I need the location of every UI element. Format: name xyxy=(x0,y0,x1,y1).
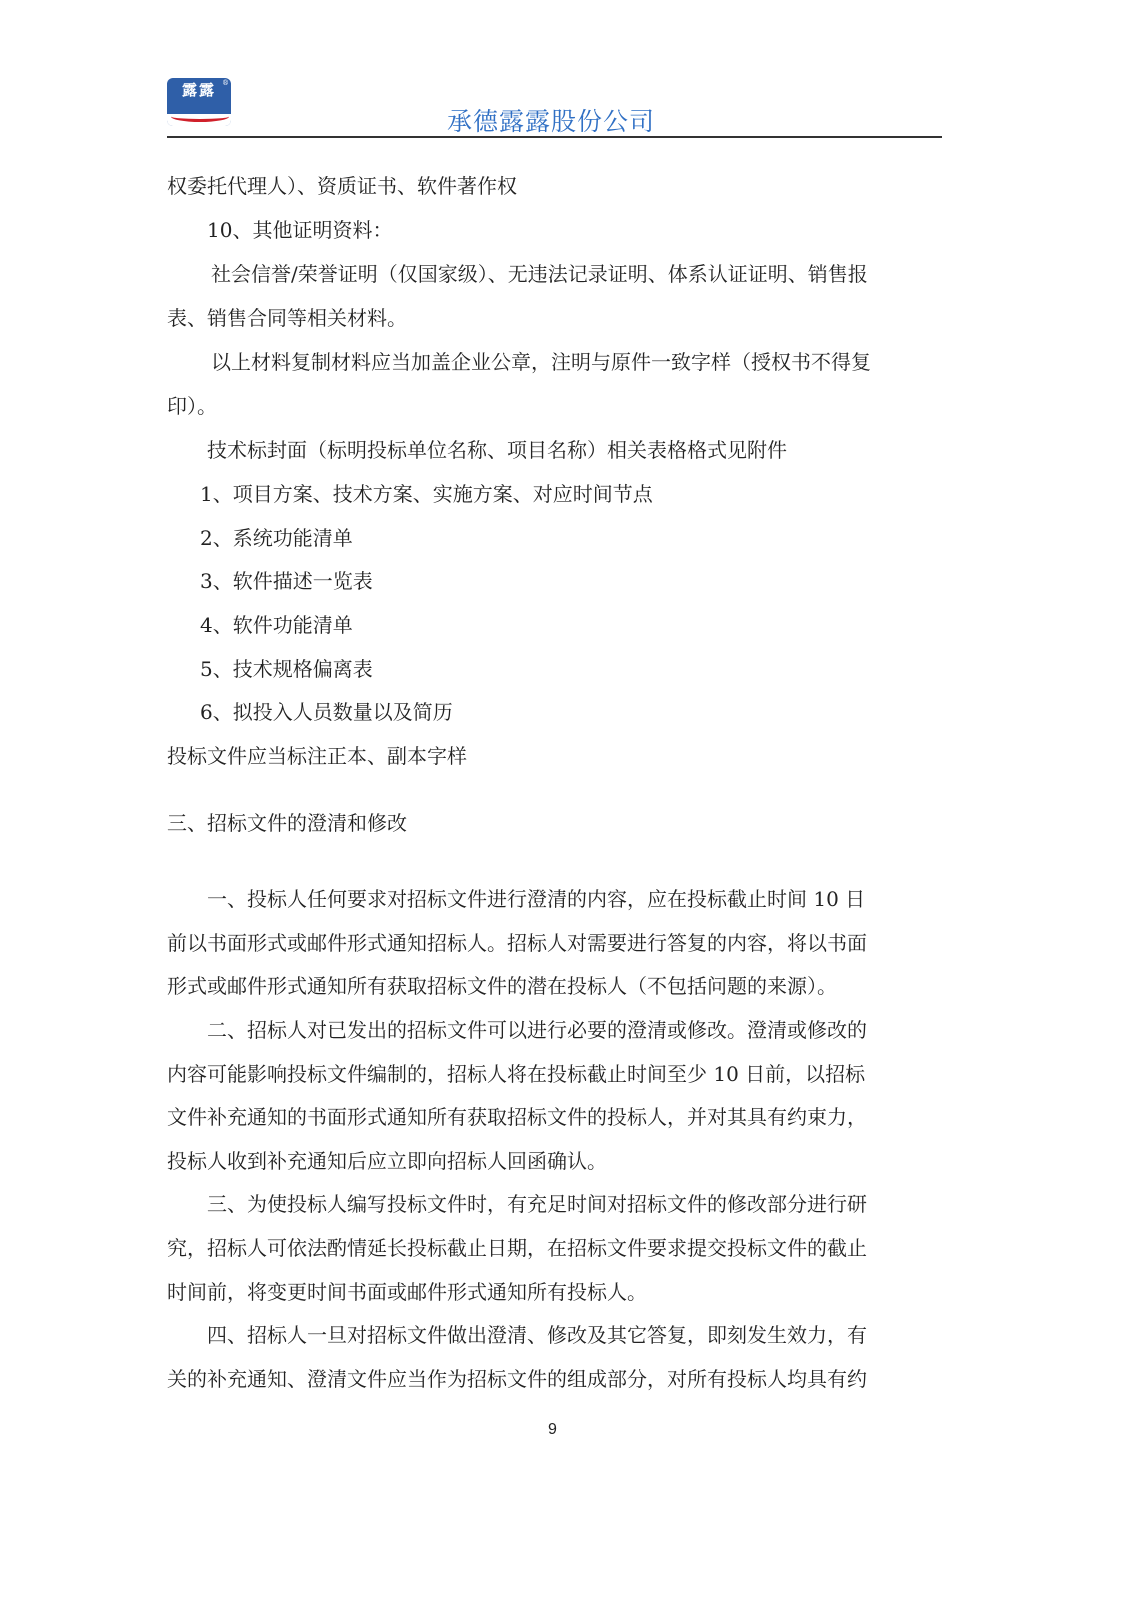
text-line: 权委托代理人）、资质证书、软件著作权 xyxy=(167,170,517,199)
text-line: 投标文件应当标注正本、副本字样 xyxy=(167,740,467,769)
logo-wave-icon xyxy=(167,114,231,126)
text-line: 时间前，将变更时间书面或邮件形式通知所有投标人。 xyxy=(167,1276,647,1305)
text-line: 2、系统功能清单 xyxy=(200,522,353,551)
page-header: 露露 ® 承德露露股份公司 xyxy=(167,78,942,140)
text-line: 以上材料复制材料应当加盖企业公章，注明与原件一致字样（授权书不得复 xyxy=(211,346,871,375)
text-line: 文件补充通知的书面形式通知所有获取招标文件的投标人，并对其具有约束力， xyxy=(167,1101,867,1130)
text-line: 四、招标人一旦对招标文件做出澄清、修改及其它答复，即刻发生效力，有 xyxy=(207,1319,867,1348)
text-line: 表、销售合同等相关材料。 xyxy=(167,302,407,331)
page-number: 9 xyxy=(548,1421,557,1439)
text-line: 社会信誉/荣誉证明（仅国家级）、无违法记录证明、体系认证证明、销售报 xyxy=(211,258,868,287)
section-heading: 三、招标文件的澄清和修改 xyxy=(167,807,407,836)
header-divider xyxy=(167,136,942,138)
text-line: 内容可能影响投标文件编制的，招标人将在投标截止时间至少 10 日前，以招标 xyxy=(167,1058,865,1087)
logo-text: 露露 xyxy=(171,82,227,99)
text-line: 技术标封面（标明投标单位名称、项目名称）相关表格格式见附件 xyxy=(207,434,787,463)
text-line: 三、为使投标人编写投标文件时，有充足时间对招标文件的修改部分进行研 xyxy=(207,1188,867,1217)
text-line: 前以书面形式或邮件形式通知招标人。招标人对需要进行答复的内容，将以书面 xyxy=(167,927,867,956)
text-line: 1、项目方案、技术方案、实施方案、对应时间节点 xyxy=(200,478,653,507)
company-name: 承德露露股份公司 xyxy=(447,102,655,138)
text-line: 印）。 xyxy=(167,390,217,419)
text-line: 一、投标人任何要求对招标文件进行澄清的内容，应在投标截止时间 10 日 xyxy=(207,883,865,912)
company-logo: 露露 ® xyxy=(167,78,231,126)
text-line: 4、软件功能清单 xyxy=(200,609,353,638)
text-line: 形式或邮件形式通知所有获取招标文件的潜在投标人（不包括问题的来源）。 xyxy=(167,970,837,999)
text-line: 究，招标人可依法酌情延长投标截止日期，在招标文件要求提交投标文件的截止 xyxy=(167,1232,867,1261)
text-line: 6、拟投入人员数量以及简历 xyxy=(200,696,453,725)
text-line: 5、技术规格偏离表 xyxy=(200,653,373,682)
text-line: 二、招标人对已发出的招标文件可以进行必要的澄清或修改。澄清或修改的 xyxy=(207,1014,867,1043)
text-line: 10、其他证明资料： xyxy=(207,214,392,243)
text-line: 关的补充通知、澄清文件应当作为招标文件的组成部分，对所有投标人均具有约 xyxy=(167,1363,867,1392)
registered-mark: ® xyxy=(222,79,229,87)
text-line: 3、软件描述一览表 xyxy=(200,565,373,594)
text-line: 投标人收到补充通知后应立即向招标人回函确认。 xyxy=(167,1145,607,1174)
